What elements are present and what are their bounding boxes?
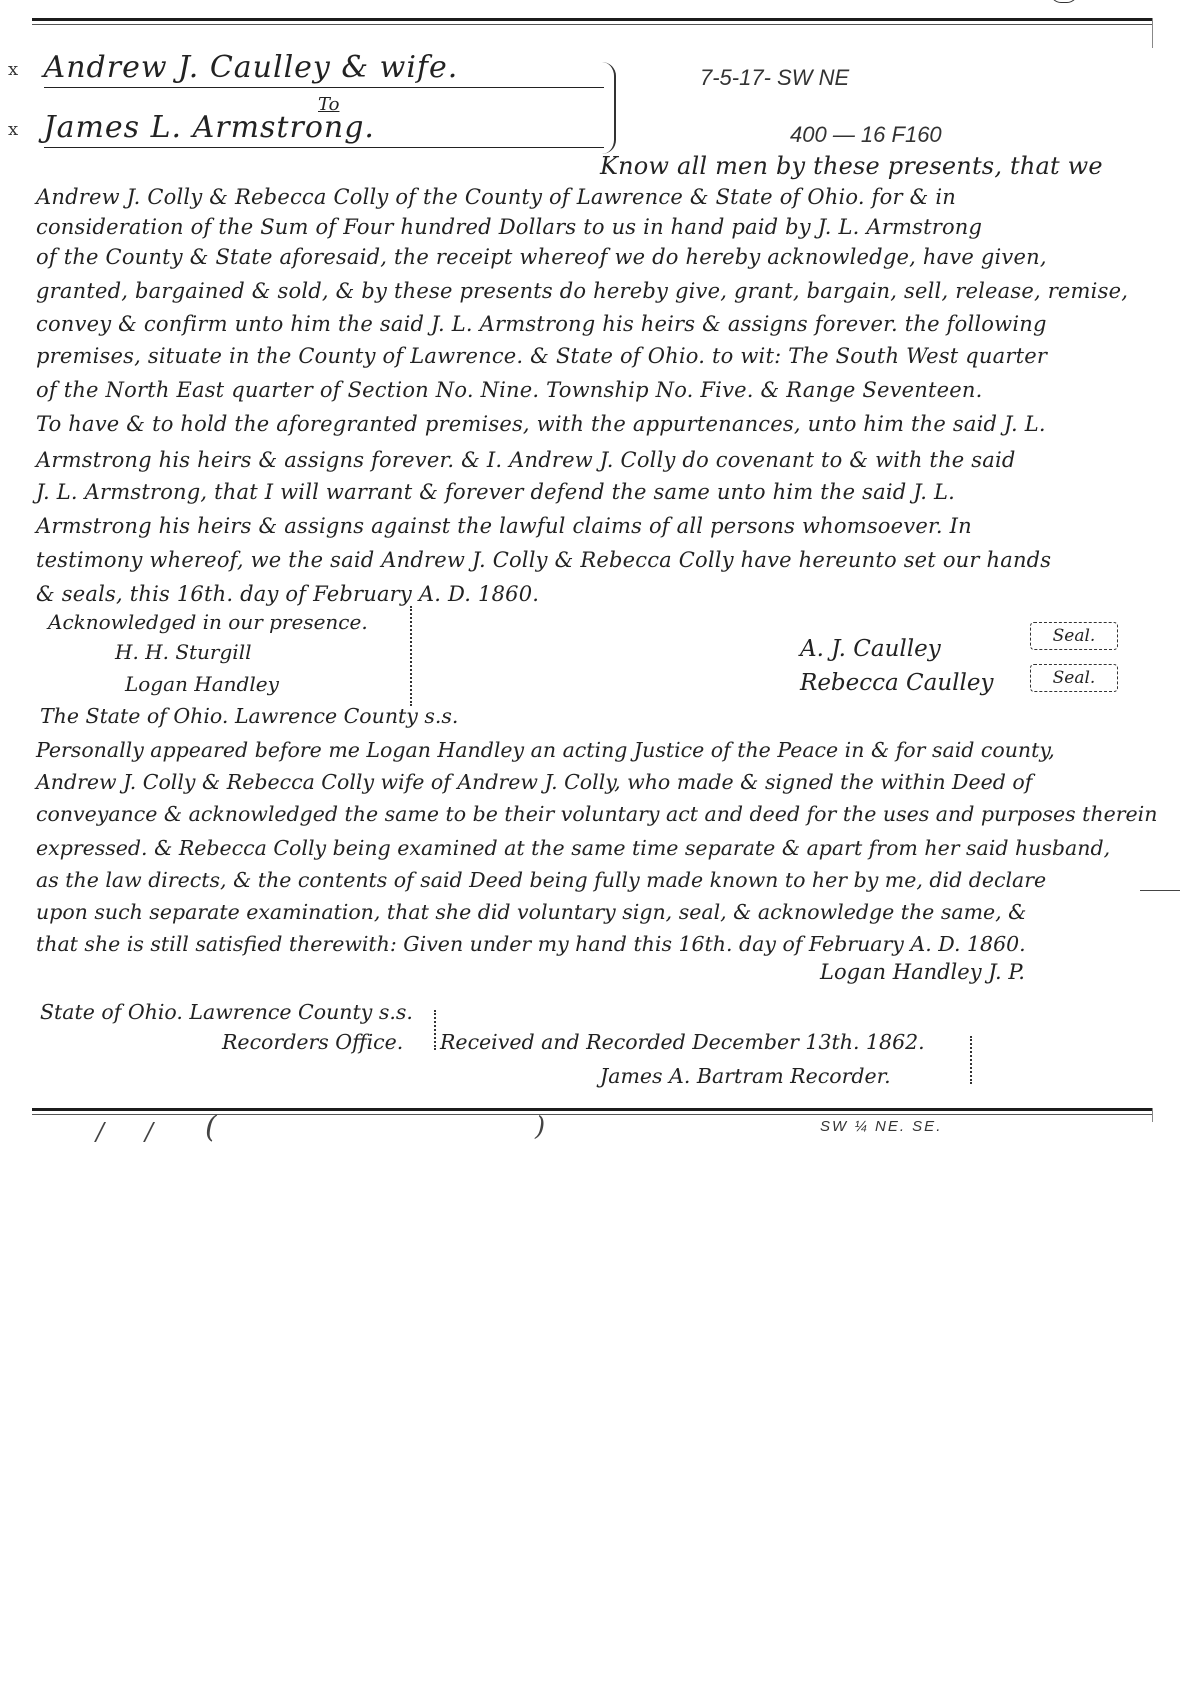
bottom-rule: [32, 1108, 1152, 1111]
grantee-name: James L. Armstrong.: [44, 110, 604, 148]
acknowledgment-line: as the law directs, & the contents of sa…: [36, 868, 1046, 892]
deed-page: x Andrew J. Caulley & wife. To x James L…: [0, 0, 1202, 1683]
legal-reference-note: 7-5-17- SW NE: [700, 65, 849, 91]
body-line: of the County & State aforesaid, the rec…: [36, 245, 1047, 269]
body-line: Know all men by these presents, that we: [600, 152, 1103, 180]
acknowledgment-line: conveyance & acknowledged the same to be…: [36, 802, 1157, 826]
top-rule-thin: [32, 24, 1152, 25]
next-record-fragment: ): [535, 1112, 545, 1142]
grantor-name: Andrew J. Caulley & wife.: [44, 50, 604, 88]
recorder-signature: James A. Bartram Recorder.: [600, 1064, 891, 1088]
body-line: premises, situate in the County of Lawre…: [36, 344, 1047, 368]
witness-heading: Acknowledged in our presence.: [48, 610, 368, 634]
justice-signature: Logan Handley J. P.: [820, 960, 1025, 984]
witness-brace: [400, 606, 412, 706]
next-record-fragment: /: [145, 1118, 153, 1146]
footer-legal-note: SW ¼ NE. SE.: [820, 1118, 942, 1135]
grantor-line: x Andrew J. Caulley & wife.: [8, 50, 604, 90]
amount-date-note: 400 — 16 F160: [790, 122, 942, 148]
body-line: Armstrong his heirs & assigns against th…: [36, 514, 972, 538]
body-line: consideration of the Sum of Four hundred…: [36, 215, 982, 239]
acknowledgment-line: Andrew J. Colly & Rebecca Colly wife of …: [36, 770, 1032, 794]
next-record-fragment: /: [96, 1118, 104, 1146]
right-margin-line: [1152, 18, 1153, 48]
witness-name: Logan Handley: [125, 672, 279, 696]
acknowledgment-line: expressed. & Rebecca Colly being examine…: [36, 836, 1110, 860]
acknowledgment-line: Personally appeared before me Logan Hand…: [36, 738, 1055, 762]
top-corner-curl: [1050, 0, 1078, 3]
recording-venue: State of Ohio. Lawrence County s.s.: [40, 1000, 413, 1024]
recording-brace: [424, 1010, 436, 1050]
witness-name: H. H. Sturgill: [115, 640, 251, 664]
grantee-line: x James L. Armstrong.: [8, 110, 604, 150]
seal-box: Seal.: [1030, 664, 1118, 692]
acknowledgment-venue: The State of Ohio. Lawrence County s.s.: [40, 704, 458, 728]
recording-received: Received and Recorded December 13th. 186…: [440, 1030, 925, 1054]
bottom-rule-thin: [32, 1114, 1152, 1115]
body-line: granted, bargained & sold, & by these pr…: [36, 279, 1128, 303]
body-line: J. L. Armstrong, that I will warrant & f…: [36, 480, 955, 504]
body-line: testimony whereof, we the said Andrew J.…: [36, 548, 1051, 572]
body-line: convey & confirm unto him the said J. L.…: [36, 312, 1047, 336]
margin-tick: [1140, 890, 1180, 891]
recorder-brace: [960, 1036, 972, 1084]
margin-mark: x: [8, 119, 34, 140]
recorder-office: Recorders Office.: [222, 1030, 403, 1054]
body-line: of the North East quarter of Section No.…: [36, 378, 983, 402]
signature-grantor: A. J. Caulley: [800, 636, 941, 662]
party-brace: [598, 62, 616, 154]
signature-wife: Rebecca Caulley: [800, 670, 994, 696]
body-line: Andrew J. Colly & Rebecca Colly of the C…: [36, 185, 956, 209]
acknowledgment-line: upon such separate examination, that she…: [36, 900, 1026, 924]
body-line: To have & to hold the aforegranted premi…: [36, 412, 1046, 436]
body-line: & seals, this 16th. day of February A. D…: [36, 582, 539, 606]
next-record-fragment: (: [205, 1110, 217, 1145]
margin-mark: x: [8, 59, 34, 80]
top-rule: [32, 18, 1152, 21]
acknowledgment-line: that she is still satisfied therewith: G…: [36, 932, 1026, 956]
bottom-right-margin: [1152, 1108, 1153, 1122]
seal-box: Seal.: [1030, 622, 1118, 650]
body-line: Armstrong his heirs & assigns forever. &…: [36, 448, 1016, 472]
